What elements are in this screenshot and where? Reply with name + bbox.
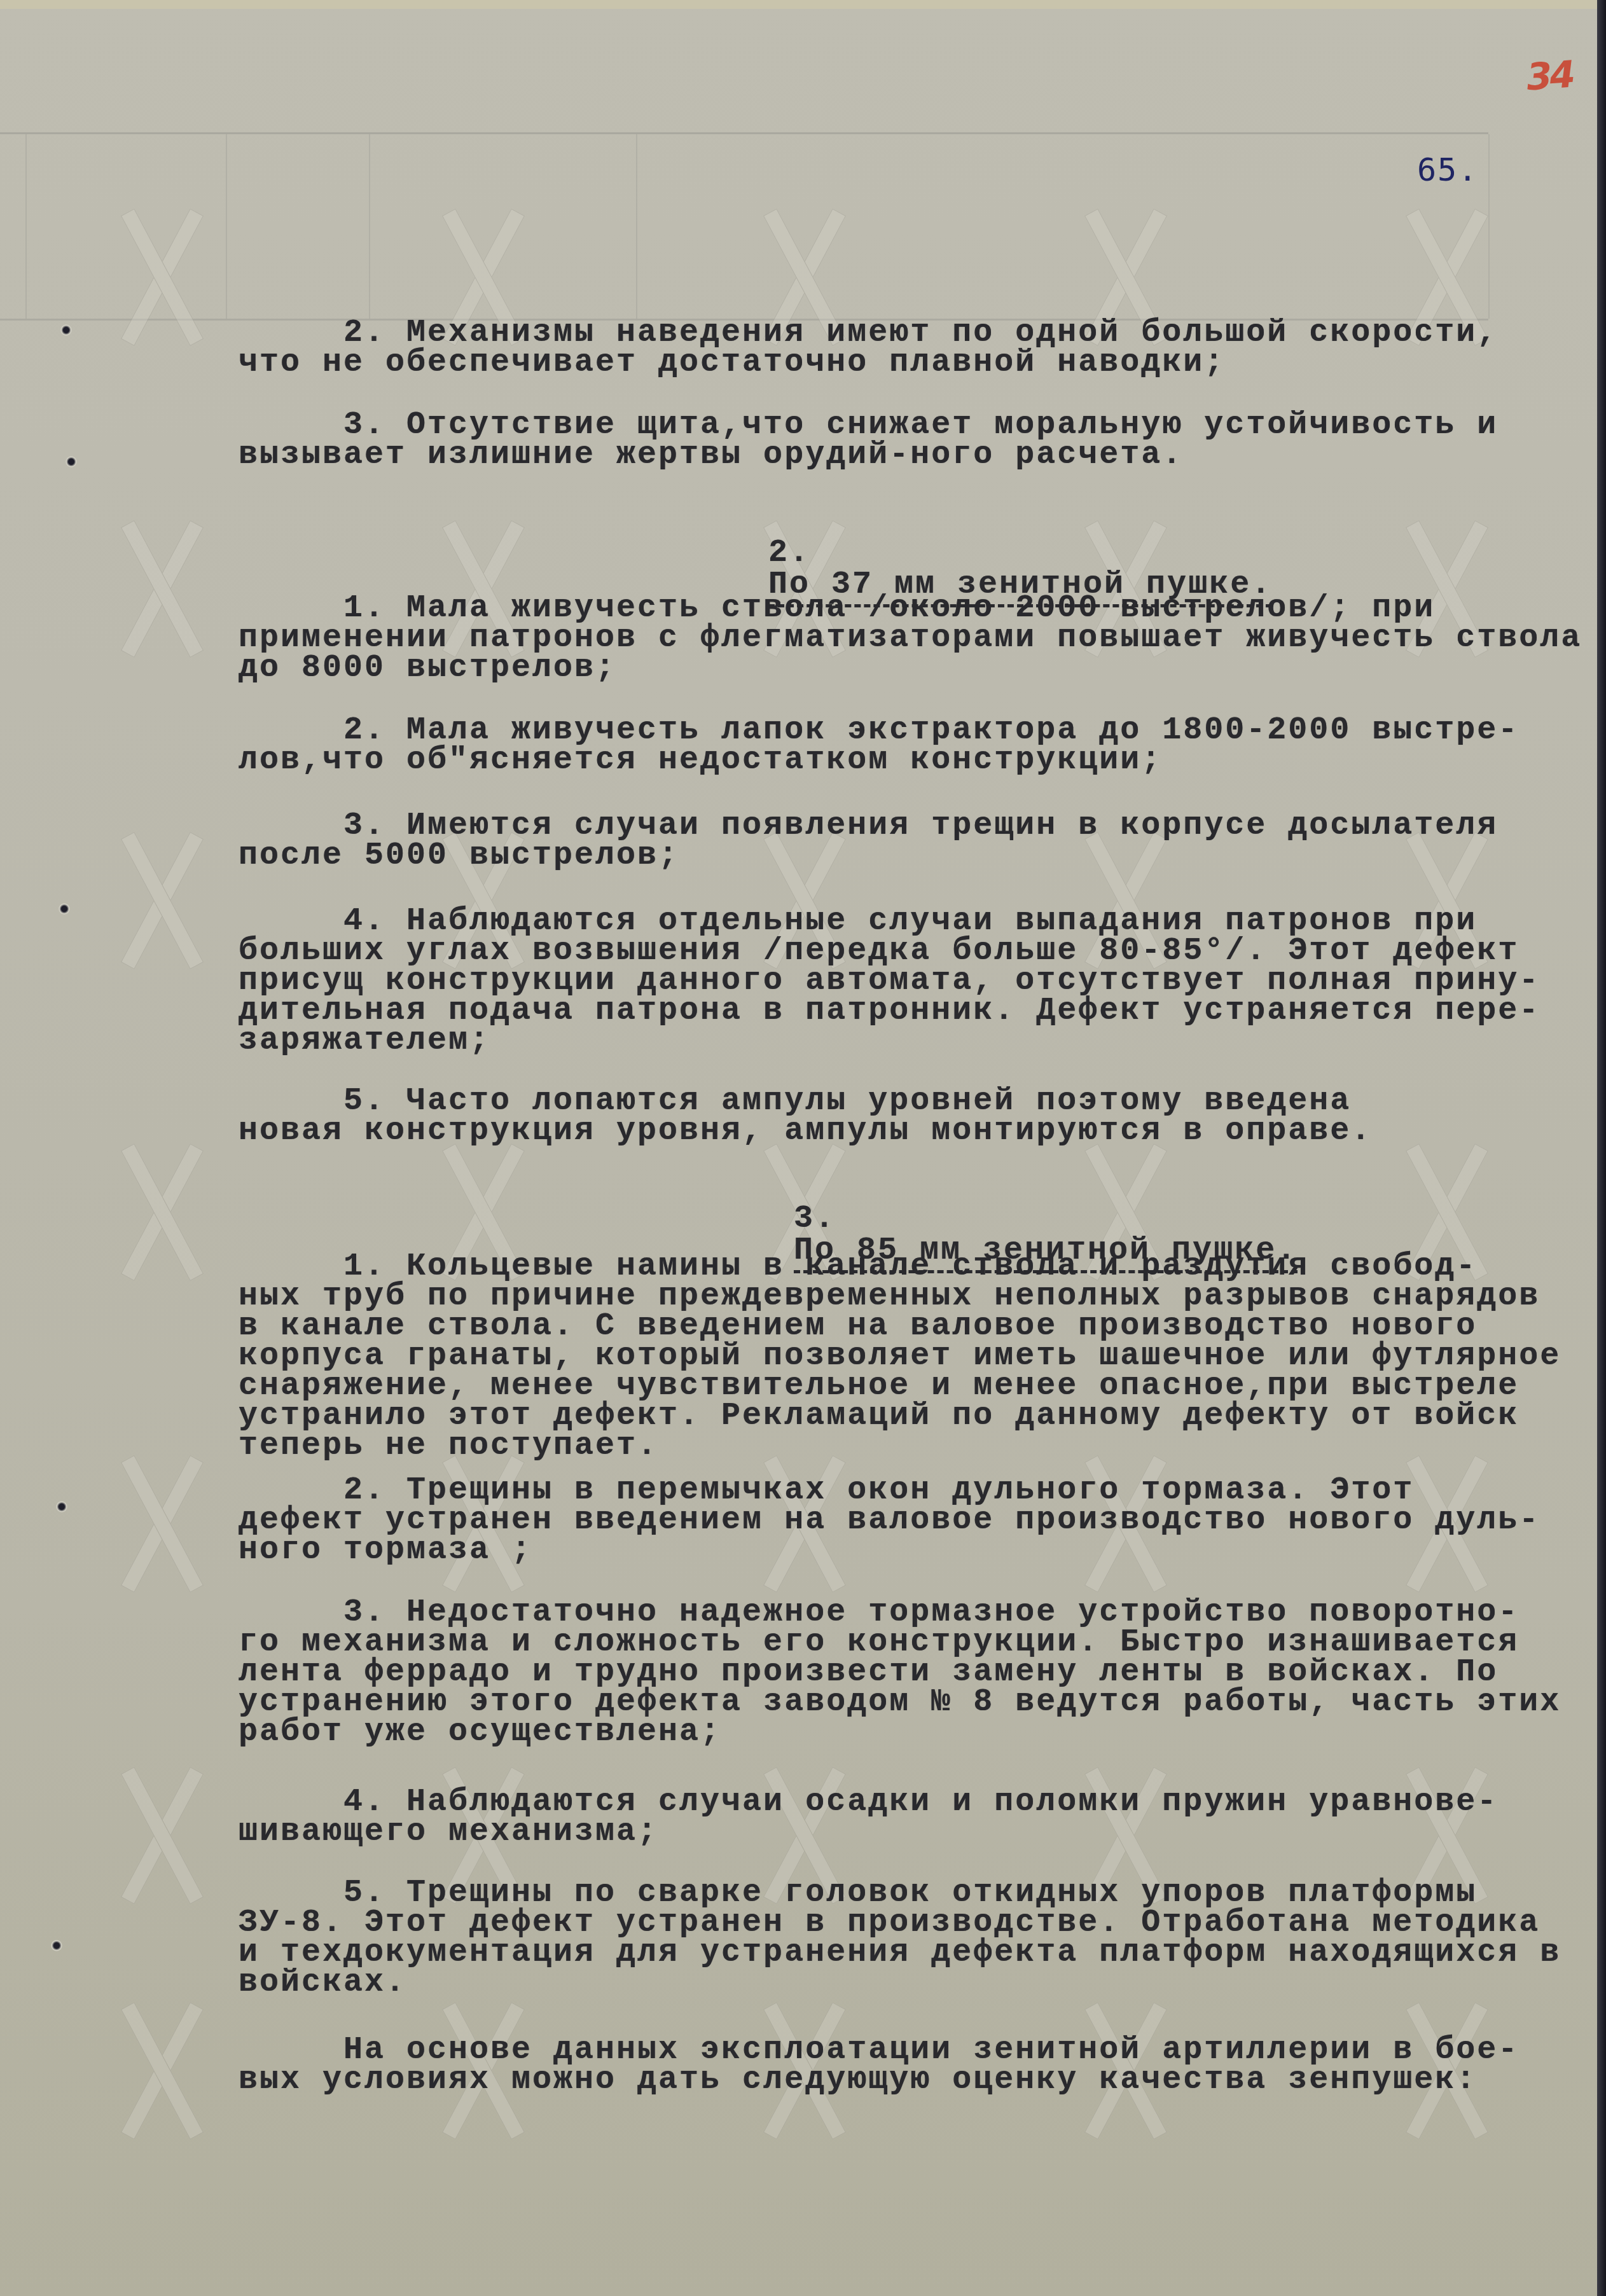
- scan-border: [1597, 0, 1606, 2296]
- text-line: устранило этот дефект. Рекламаций по дан…: [239, 1401, 1561, 1431]
- text-line: корпуса гранаты, который позволяет иметь…: [239, 1341, 1561, 1371]
- text-line: 3. Недостаточно надежное тормазное устро…: [239, 1598, 1561, 1628]
- document-page: 34 65. 2. Механизмы наведения имеют по о…: [0, 0, 1606, 2296]
- text-line: 4. Наблюдаются случаи осадки и поломки п…: [239, 1787, 1498, 1817]
- text-line: войсках.: [239, 1968, 1561, 1998]
- paragraph-item: 5. Трещины по сварке головок откидных уп…: [239, 1878, 1561, 1998]
- text-line: работ уже осуществлена;: [239, 1717, 1561, 1747]
- heading-number: 2.: [768, 535, 810, 571]
- paragraph-item: 2. Трещины в перемычках окон дульного то…: [239, 1476, 1540, 1565]
- text-line: применении патронов с флегматизаторами п…: [239, 623, 1582, 653]
- text-line: снаряжение, менее чувствительное и менее…: [239, 1371, 1561, 1401]
- binding-hole: [59, 903, 70, 915]
- text-line: ЗУ-8. Этот дефект устранен в производств…: [239, 1908, 1561, 1938]
- text-line: до 8000 выстрелов;: [239, 653, 1582, 683]
- text-line: устранению этого дефекта заводом № 8 вед…: [239, 1687, 1561, 1717]
- paragraph-item: 1. Мала живучесть ствола /около 2000 выс…: [239, 593, 1582, 683]
- form-column-line: [636, 134, 637, 319]
- paragraph-item: 3. Отсутствие щита,что снижает моральную…: [239, 410, 1498, 470]
- text-line: заряжателем;: [239, 1026, 1540, 1056]
- text-line: теперь не поступает.: [239, 1431, 1561, 1461]
- text-line: после 5000 выстрелов;: [239, 841, 1498, 871]
- paragraph-item: 4. Наблюдаются случаи осадки и поломки п…: [239, 1787, 1498, 1847]
- text-line: лов,что об"ясняется недостатком конструк…: [239, 745, 1519, 775]
- text-line: что не обеспечивает достаточно плавной н…: [239, 348, 1498, 378]
- text-line: 2. Механизмы наведения имеют по одной бо…: [239, 318, 1498, 348]
- paragraph-item: 1. Кольцевые намины в канале ствола и ра…: [239, 1252, 1561, 1461]
- crossed-cannons-watermark-icon: [85, 1978, 237, 2143]
- heading-number: 3.: [794, 1201, 836, 1237]
- form-column-line: [25, 134, 27, 319]
- text-line: 5. Часто лопаются ампулы уровней поэтому…: [239, 1086, 1372, 1116]
- paragraph-item: 2. Мала живучесть лапок экстрактора до 1…: [239, 716, 1519, 775]
- crossed-cannons-watermark-icon: [85, 808, 237, 973]
- binding-hole: [51, 1940, 62, 1951]
- paragraph-item: 4. Наблюдаются отдельные случаи выпадани…: [239, 906, 1540, 1056]
- form-column-line: [369, 134, 370, 319]
- page-top-edge: [0, 0, 1606, 9]
- text-line: шивающего механизма;: [239, 1817, 1498, 1847]
- text-line: 2. Трещины в перемычках окон дульного то…: [239, 1476, 1540, 1505]
- text-line: 3. Отсутствие щита,что снижает моральную…: [239, 410, 1498, 440]
- crossed-cannons-watermark-icon: [85, 1743, 237, 1908]
- binding-hole: [60, 324, 72, 336]
- text-line: присущ конструкции данного автомата, отс…: [239, 966, 1540, 996]
- text-line: дительная подача патрона в патронник. Де…: [239, 996, 1540, 1026]
- paragraph-item: 3. Имеются случаи появления трещин в кор…: [239, 811, 1498, 871]
- text-line: 1. Кольцевые намины в канале ствола и ра…: [239, 1252, 1561, 1282]
- page-number: 65.: [1417, 151, 1478, 188]
- text-line: 3. Имеются случаи появления трещин в кор…: [239, 811, 1498, 841]
- binding-hole: [66, 456, 77, 467]
- archive-sheet-mark: 34: [1525, 53, 1574, 99]
- text-line: вызывает излишние жертвы орудий-ного рас…: [239, 440, 1498, 470]
- paragraph-item: 5. Часто лопаются ампулы уровней поэтому…: [239, 1086, 1372, 1146]
- form-column-line: [226, 134, 227, 319]
- crossed-cannons-watermark-icon: [85, 1119, 237, 1285]
- text-line: дефект устранен введением на валовое про…: [239, 1505, 1540, 1535]
- paragraph-item: На основе данных эксплоатации зенитной а…: [239, 2035, 1519, 2095]
- crossed-cannons-watermark-icon: [85, 1431, 237, 1596]
- text-line: в канале ствола. С введением на валовое …: [239, 1311, 1561, 1341]
- preprinted-form-header: [0, 132, 1488, 321]
- text-line: лента феррадо и трудно произвести замену…: [239, 1657, 1561, 1687]
- text-line: 1. Мала живучесть ствола /около 2000 выс…: [239, 593, 1582, 623]
- text-line: ных труб по причине преждевременных непо…: [239, 1282, 1561, 1311]
- text-line: 2. Мала живучесть лапок экстрактора до 1…: [239, 716, 1519, 745]
- paragraph-item: 3. Недостаточно надежное тормазное устро…: [239, 1598, 1561, 1747]
- text-line: ного тормаза ;: [239, 1535, 1540, 1565]
- paragraph-item: 2. Механизмы наведения имеют по одной бо…: [239, 318, 1498, 378]
- text-line: 5. Трещины по сварке головок откидных уп…: [239, 1878, 1561, 1908]
- crossed-cannons-watermark-icon: [85, 496, 237, 661]
- text-line: вых условиях можно дать следующую оценку…: [239, 2065, 1519, 2095]
- text-line: 4. Наблюдаются отдельные случаи выпадани…: [239, 906, 1540, 936]
- text-line: больших углах возвышения /передка больше…: [239, 936, 1540, 966]
- text-line: го механизма и сложность его конструкции…: [239, 1628, 1561, 1657]
- form-column-line: [1488, 134, 1490, 319]
- binding-hole: [56, 1501, 67, 1512]
- text-line: и техдокументация для устранения дефекта…: [239, 1938, 1561, 1968]
- text-line: На основе данных эксплоатации зенитной а…: [239, 2035, 1519, 2065]
- text-line: новая конструкция уровня, ампулы монтиру…: [239, 1116, 1372, 1146]
